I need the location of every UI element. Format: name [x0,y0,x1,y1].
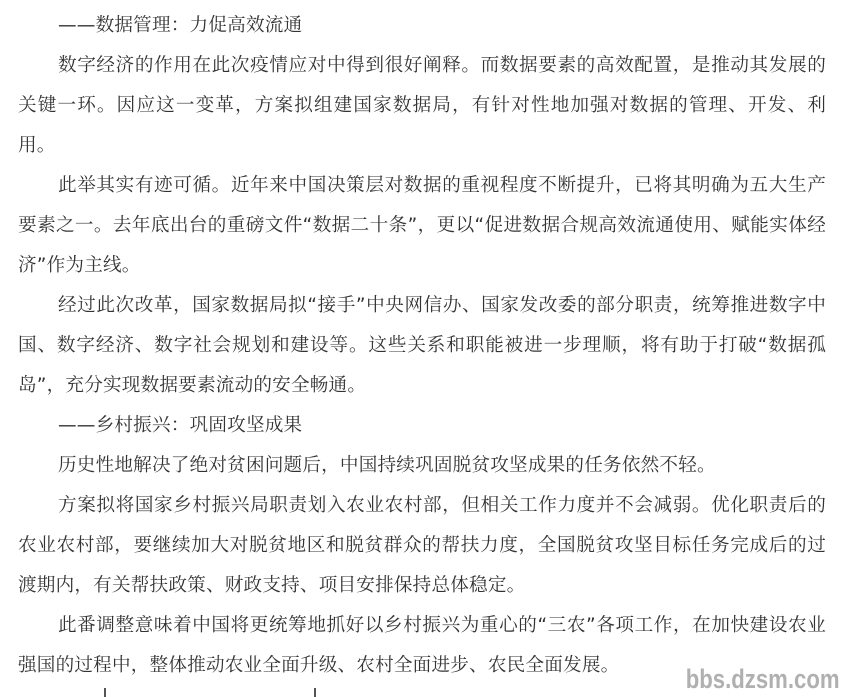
paragraph: 历史性地解决了绝对贫困问题后，中国持续巩固脱贫攻坚成果的任务依然不轻。 [18,446,826,486]
paragraph: 数字经济的作用在此次疫情应对中得到很好阐释。而数据要素的高效配置，是推动其发展的… [18,46,826,166]
section-heading-data-management: ——数据管理：力促高效流通 [18,6,826,46]
glyph-fragment [314,688,316,697]
article-body: ——数据管理：力促高效流通 数字经济的作用在此次疫情应对中得到很好阐释。而数据要… [18,6,826,686]
paragraph: 经过此次改革，国家数据局拟“接手”中央网信办、国家发改委的部分职责，统筹推进数字… [18,286,826,406]
glyph-fragment [104,688,106,697]
site-watermark: bbs.dzsm.com [686,664,840,694]
section-heading-rural-revitalization: ——乡村振兴：巩固攻坚成果 [18,406,826,446]
paragraph: 此举其实有迹可循。近年来中国决策层对数据的重视程度不断提升，已将其明确为五大生产… [18,166,826,286]
paragraph: 方案拟将国家乡村振兴局职责划入农业农村部，但相关工作力度并不会减弱。优化职责后的… [18,486,826,606]
cut-off-next-line [100,688,420,697]
